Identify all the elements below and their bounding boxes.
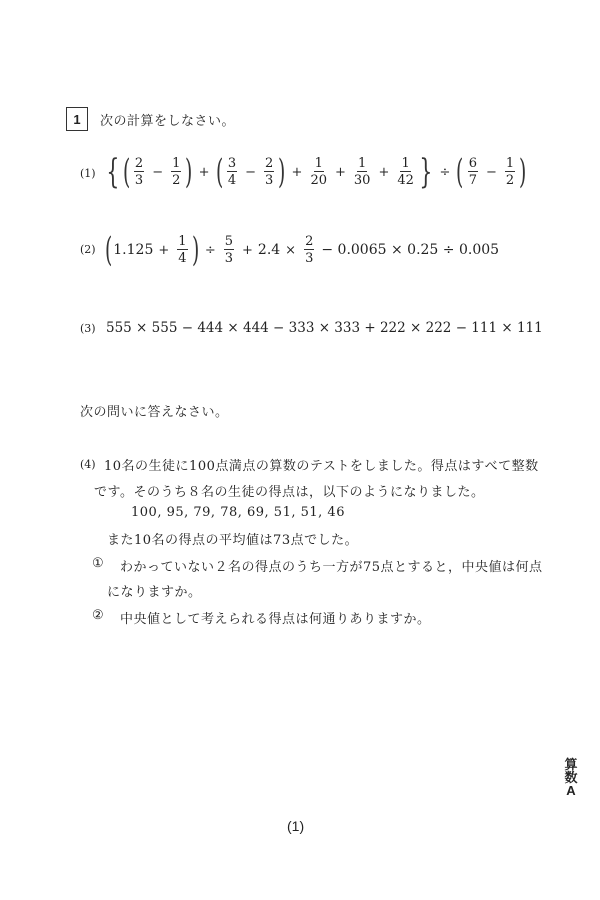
fraction: 23 — [264, 157, 274, 187]
problem2-expression: ( 1.125 + 14 ) ÷ 53 + 2.4 × 23 − 0.0065 … — [104, 228, 499, 272]
problem4-line1: 10名の生徒に100点満点の算数のテストをしました。得点はすべて整数 — [104, 455, 539, 474]
fraction: 120 — [310, 157, 327, 187]
problem4-label: (4) — [80, 458, 96, 471]
problem2-label: (2) — [80, 243, 96, 256]
right-paren: ) — [278, 155, 285, 189]
left-paren: ( — [105, 233, 112, 267]
problem3-expression: 555 × 555 − 444 × 444 − 333 × 333 + 222 … — [106, 320, 543, 336]
problem1-expression: { ( 23 − 12 ) + ( 34 − 23 ) + 120 + 130 … — [104, 150, 527, 194]
left-paren: ( — [216, 155, 223, 189]
subquestion-1-line1: わかっていない２名の得点のうち一方が75点とすると，中央値は何点 — [120, 556, 543, 575]
problem4-line2: です。そのうち８名の生徒の得点は，以下のようになりました。 — [94, 481, 484, 500]
fraction: 12 — [171, 157, 181, 187]
fraction: 14 — [177, 235, 187, 265]
left-brace: { — [106, 155, 119, 189]
fraction: 130 — [354, 157, 371, 187]
right-brace: } — [419, 155, 432, 189]
subquestion-1-line2: になりますか。 — [107, 581, 202, 600]
question-number-box: 1 — [66, 107, 88, 131]
section1-instruction: 次の計算をしなさい。 — [100, 110, 235, 129]
left-paren: ( — [456, 155, 463, 189]
subquestion-2-line1: 中央値として考えられる得点は何通りありますか。 — [120, 608, 431, 627]
page-number: (1) — [287, 818, 304, 834]
fraction: 12 — [505, 157, 515, 187]
fraction: 23 — [304, 235, 314, 265]
right-paren: ) — [192, 233, 199, 267]
problem4-line3: また10名の得点の平均値は73点でした。 — [107, 529, 358, 548]
section2-instruction: 次の問いに答えなさい。 — [80, 401, 229, 420]
fraction: 67 — [468, 157, 478, 187]
subquestion-2-mark: ② — [92, 608, 104, 623]
right-paren: ) — [519, 155, 526, 189]
fraction: 23 — [134, 157, 144, 187]
problem1-label: (1) — [80, 167, 96, 180]
problem4-scores: 100, 95, 79, 78, 69, 51, 51, 46 — [131, 505, 345, 520]
subquestion-1-mark: ① — [92, 556, 104, 571]
fraction: 34 — [227, 157, 237, 187]
right-paren: ) — [185, 155, 192, 189]
fraction: 142 — [397, 157, 414, 187]
side-subject-label: 算 数 A — [564, 758, 578, 797]
fraction: 53 — [224, 235, 234, 265]
problem3-label: (3) — [80, 322, 96, 335]
left-paren: ( — [123, 155, 130, 189]
